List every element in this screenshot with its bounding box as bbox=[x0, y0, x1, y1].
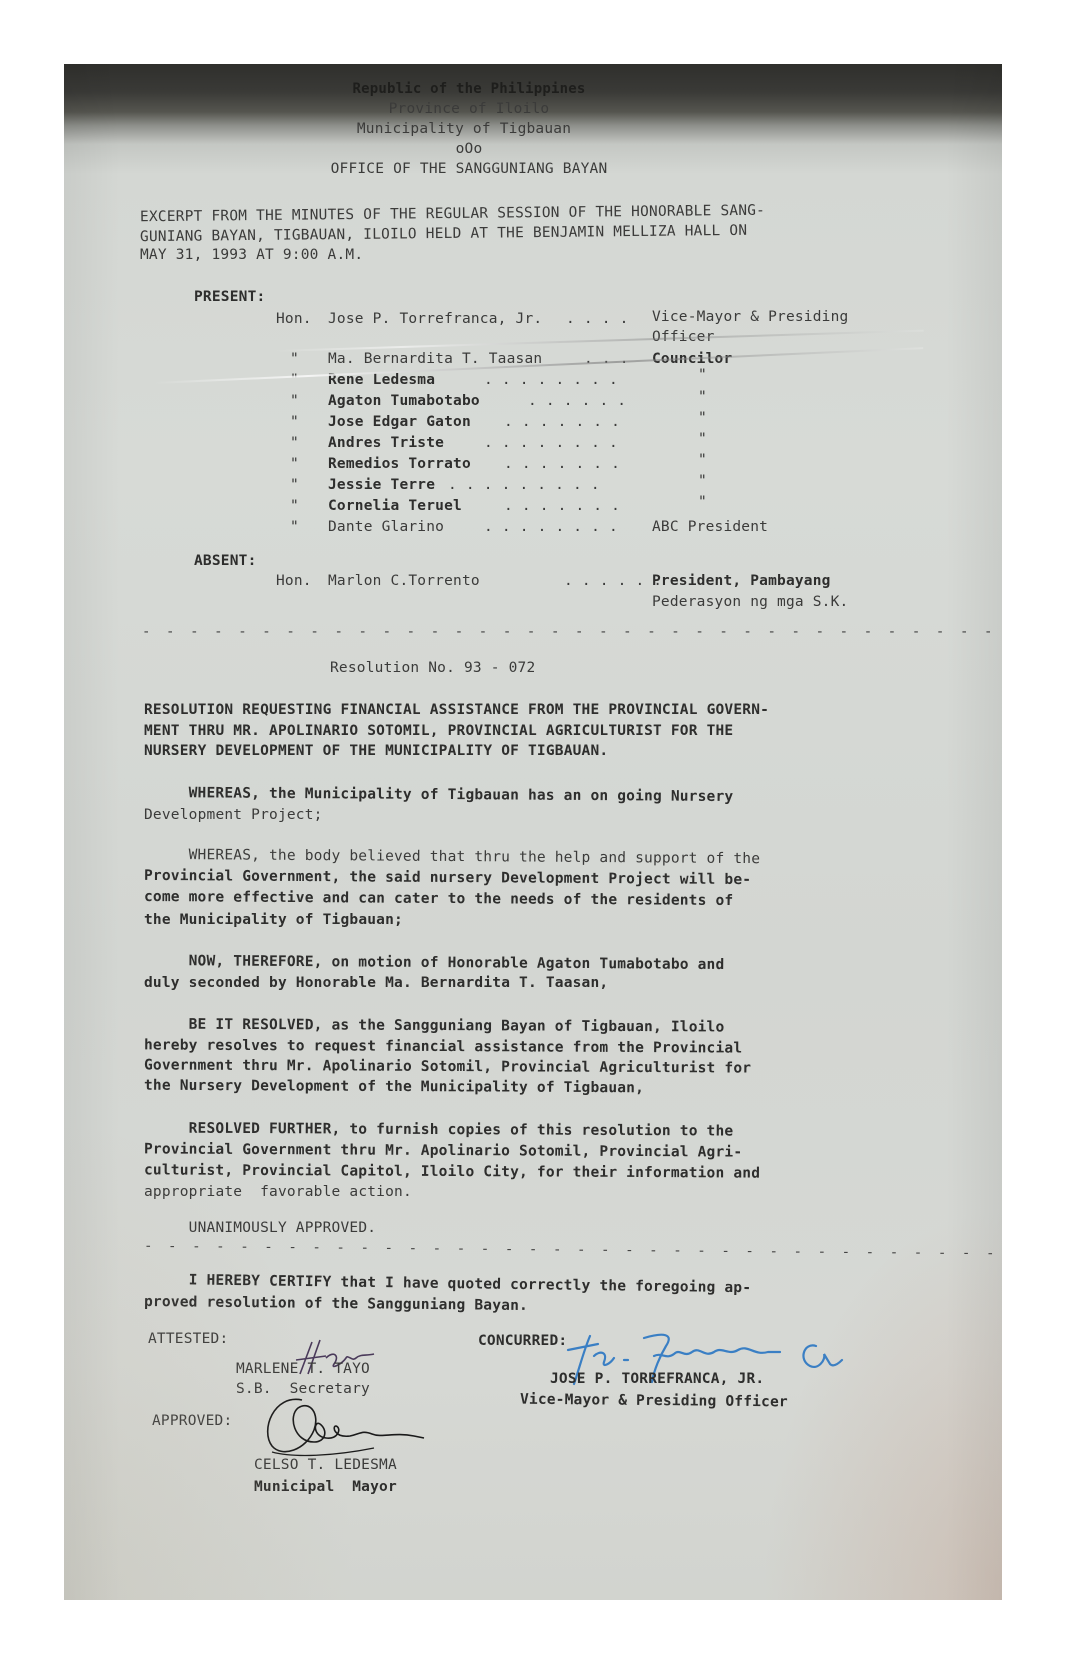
attendee-leaders: . . . . . . . . bbox=[484, 520, 618, 535]
attendee-name: Cornelia Teruel bbox=[328, 499, 462, 514]
attendee-leaders: . . . bbox=[584, 352, 629, 367]
header-republic: Republic of the Philippines bbox=[353, 82, 586, 96]
attendee-role: " bbox=[698, 411, 707, 426]
be-it-resolved-line: hereby resolves to request financial ass… bbox=[144, 1038, 742, 1056]
attendee-name: Ma. Bernardita T. Taasan bbox=[328, 352, 542, 367]
attendee-leaders: . . . . . . . . . bbox=[448, 478, 600, 493]
resolution-title-line: MENT THRU MR. APOLINARIO SOTOMIL, PROVIN… bbox=[144, 724, 733, 739]
whereas-2-line: the Municipality of Tigbauan; bbox=[144, 913, 403, 928]
attendee-name: Jessie Terre bbox=[328, 478, 435, 493]
attendee-leaders: . . . . . . . bbox=[504, 457, 620, 472]
resolution-number: Resolution No. 93 - 072 bbox=[330, 661, 535, 676]
whereas-2-line: WHEREAS, the body believed that thru the… bbox=[144, 848, 760, 867]
whereas-2-line: come more effective and can cater to the… bbox=[144, 890, 733, 909]
attendee-role: Vice-Mayor & Presiding bbox=[652, 310, 848, 325]
resolved-further-line: Provincial Government thru Mr. Apolinari… bbox=[144, 1142, 742, 1160]
attendee-leaders: . . . . . . . bbox=[504, 499, 620, 514]
attendee-prefix: " bbox=[290, 457, 299, 472]
attendee-prefix: Hon. bbox=[276, 312, 312, 327]
absent-prefix: Hon. bbox=[276, 574, 312, 589]
whereas-2-line: Provincial Government, the said nursery … bbox=[144, 869, 751, 888]
vice-mayor-name: JOSE P. TORREFRANCA, JR. bbox=[550, 1372, 764, 1387]
now-therefore-line: NOW, THEREFORE, on motion of Honorable A… bbox=[144, 954, 725, 973]
be-it-resolved-line: the Nursery Development of the Municipal… bbox=[144, 1079, 644, 1096]
attendee-prefix: " bbox=[290, 352, 299, 367]
attendee-name: Remedios Torrato bbox=[328, 457, 471, 472]
mayor-name: CELSO T. LEDESMA bbox=[254, 1458, 397, 1473]
vice-mayor-title: Vice-Mayor & Presiding Officer bbox=[520, 1393, 788, 1410]
attendee-role: " bbox=[698, 453, 707, 468]
attendee-role: " bbox=[698, 432, 707, 447]
certify-line: I HEREBY CERTIFY that I have quoted corr… bbox=[144, 1273, 751, 1296]
attendee-prefix: " bbox=[290, 499, 299, 514]
attendee-name: Jose Edgar Gaton bbox=[328, 415, 471, 430]
excerpt-line-3: MAY 31, 1993 AT 9:00 A.M. bbox=[140, 248, 363, 263]
secretary-name: MARLENE T. TAYO bbox=[236, 1362, 370, 1377]
attendee-role: " bbox=[698, 474, 707, 489]
attendee-name: Andres Triste bbox=[328, 436, 444, 451]
approved-label: APPROVED: bbox=[152, 1414, 232, 1429]
absent-role: President, Pambayang bbox=[652, 574, 831, 589]
absent-label: ABSENT: bbox=[194, 554, 257, 569]
header-province: Province of Iloilo bbox=[389, 102, 550, 117]
excerpt-line-2: GUNIANG BAYAN, TIGBAUAN, ILOILO HELD AT … bbox=[140, 224, 747, 245]
attendee-prefix: " bbox=[290, 520, 299, 535]
attendee-leaders: . . . . . . . . bbox=[484, 436, 618, 451]
attendee-name: Jose P. Torrefranca, Jr. bbox=[328, 312, 542, 327]
excerpt-line-1: EXCERPT FROM THE MINUTES OF THE REGULAR … bbox=[140, 204, 765, 225]
header-ornament: oOo bbox=[456, 142, 483, 157]
attested-label: ATTESTED: bbox=[148, 1332, 228, 1347]
approval-statement: UNANIMOUSLY APPROVED. bbox=[144, 1221, 376, 1236]
be-it-resolved-line: Government thru Mr. Apolinario Sotomil, … bbox=[144, 1058, 751, 1076]
header-municipality: Municipality of Tigbauan bbox=[357, 122, 571, 137]
whereas-1-line: WHEREAS, the Municipality of Tigbauan ha… bbox=[144, 786, 733, 805]
absent-role-cont: Pederasyon ng mga S.K. bbox=[652, 595, 848, 610]
attendee-prefix: " bbox=[290, 394, 299, 409]
attendee-name: Agaton Tumabotabo bbox=[328, 394, 480, 409]
separator-line: - - - - - - - - - - - - - - - - - - - - … bbox=[142, 624, 1002, 640]
attendee-leaders: . . . . . . . . bbox=[484, 373, 618, 388]
attendee-role: ABC President bbox=[652, 520, 768, 535]
mayor-title: Municipal Mayor bbox=[254, 1480, 397, 1495]
attendee-prefix: " bbox=[290, 436, 299, 451]
document-photo: Republic of the Philippines Province of … bbox=[64, 64, 1002, 1600]
now-therefore-line: duly seconded by Honorable Ma. Bernardit… bbox=[144, 976, 608, 991]
attendee-leaders: . . . . . . bbox=[528, 394, 626, 409]
separator-line: - - - - - - - - - - - - - - - - - - - - … bbox=[144, 1238, 1002, 1262]
attendee-leaders: . . . . . . . bbox=[504, 415, 620, 430]
header-office: OFFICE OF THE SANGGUNIANG BAYAN bbox=[331, 162, 608, 177]
attendee-leaders: . . . . bbox=[566, 312, 629, 327]
certify-line: proved resolution of the Sangguniang Bay… bbox=[144, 1295, 528, 1314]
absent-name: Marlon C.Torrento bbox=[328, 574, 480, 589]
attendee-role: " bbox=[698, 368, 707, 383]
attendee-prefix: " bbox=[290, 478, 299, 493]
paper-crease bbox=[274, 330, 924, 352]
attendee-name: Dante Glarino bbox=[328, 520, 444, 535]
resolved-further-line: RESOLVED FURTHER, to furnish copies of t… bbox=[144, 1121, 733, 1139]
whereas-1-line: Development Project; bbox=[144, 808, 323, 823]
attendee-role: " bbox=[698, 495, 707, 510]
mayor-signature bbox=[254, 1390, 434, 1462]
resolution-title-line: RESOLUTION REQUESTING FINANCIAL ASSISTAN… bbox=[144, 703, 769, 718]
be-it-resolved-line: BE IT RESOLVED, as the Sangguniang Bayan… bbox=[144, 1017, 725, 1035]
absent-leaders: . . . . . . bbox=[564, 574, 662, 589]
attendee-role: " bbox=[698, 390, 707, 405]
resolved-further-line: appropriate favorable action. bbox=[144, 1185, 412, 1200]
attendee-prefix: " bbox=[290, 415, 299, 430]
resolved-further-line: culturist, Provincial Capitol, Iloilo Ci… bbox=[144, 1163, 760, 1181]
present-label: PRESENT: bbox=[194, 290, 265, 305]
resolution-title-line: NURSERY DEVELOPMENT OF THE MUNICIPALITY … bbox=[144, 744, 608, 759]
